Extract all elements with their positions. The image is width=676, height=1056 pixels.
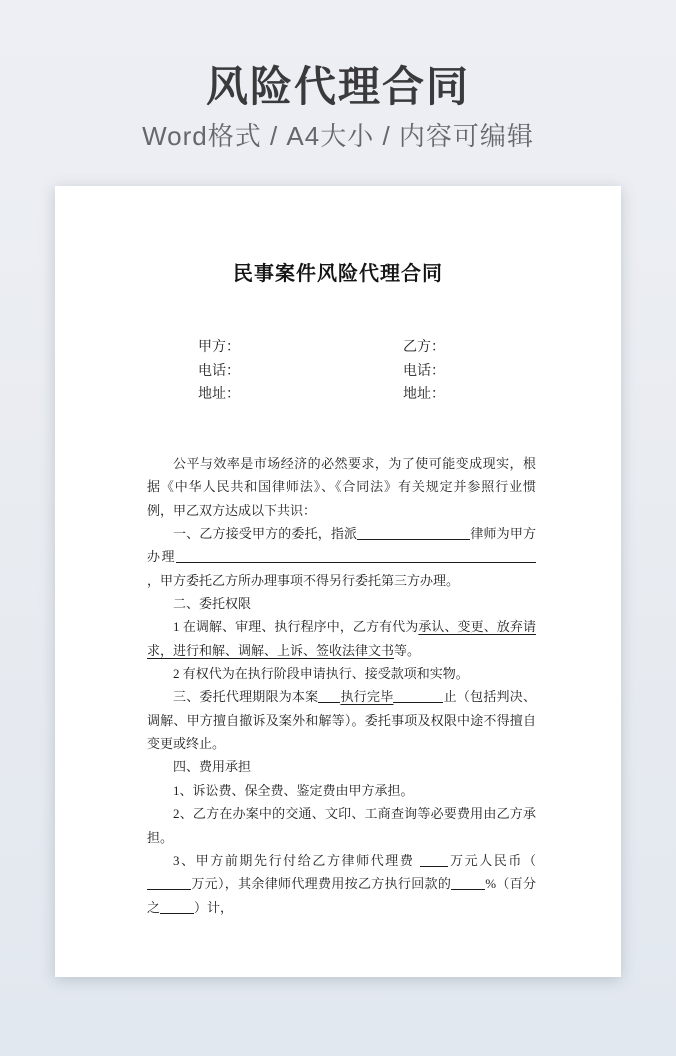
paragraph: 公平与效率是市场经济的必然要求，为了使可能变成现实，根据《中华人民共和国律师法》… xyxy=(147,452,536,522)
underlined-term: 执行完毕 xyxy=(340,689,393,704)
a4-document-page: 民事案件风险代理合同 甲方： 电话： 地址： 乙方： 电话： 地址： 公平与效率… xyxy=(55,186,621,977)
fill-in-blank xyxy=(318,690,340,703)
fill-in-blank xyxy=(147,877,191,890)
header-subtitle: Word格式 / A4大小 / 内容可编辑 xyxy=(0,121,676,151)
fill-in-blank xyxy=(393,690,443,703)
paragraph: 1 在调解、审理、执行程序中，乙方有代为承认、变更、放弃请求，进行和解、调解、上… xyxy=(147,615,536,662)
paragraph: 2、乙方在办案中的交通、文印、工商查询等必要费用由乙方承担。 xyxy=(147,802,536,849)
paragraph-text: 1 在调解、审理、执行程序中，乙方有代为 xyxy=(173,619,418,634)
party-b-phone-label: 电话： xyxy=(403,360,445,384)
fill-in-blank xyxy=(451,877,485,890)
paragraph: 一、乙方接受甲方的委托，指派律师为甲方办理，甲方委托乙方所办理事项不得另行委托第… xyxy=(147,522,536,592)
paragraph-text: 2 有权代为在执行阶段申请执行、接受款项和实物。 xyxy=(173,666,469,681)
template-preview-page: { "colors": { "background_top": "#edeff4… xyxy=(0,0,676,1056)
paragraph-text: ）计， xyxy=(194,900,233,915)
party-a-phone-label: 电话： xyxy=(198,360,240,384)
party-a-address-label: 地址： xyxy=(198,383,240,407)
paragraph: 3、甲方前期先行付给乙方律师代理费万元人民币（万元），其余律师代理费用按乙方执行… xyxy=(147,849,536,919)
party-b-label: 乙方： xyxy=(403,336,445,360)
paragraph-text: 等。 xyxy=(394,643,420,658)
party-a-label: 甲方： xyxy=(198,336,240,360)
fill-in-blank xyxy=(160,901,194,914)
preview-header: 风险代理合同 Word格式 / A4大小 / 内容可编辑 xyxy=(0,0,676,151)
contract-title: 民事案件风险代理合同 xyxy=(55,262,621,286)
paragraph-text: 万元），其余律师代理费用按乙方执行回款的 xyxy=(191,876,451,891)
paragraph: 1、诉讼费、保全费、鉴定费由甲方承担。 xyxy=(147,779,536,802)
paragraph-text: 三、委托代理期限为本案 xyxy=(173,689,318,704)
fill-in-blank xyxy=(420,854,448,867)
contract-body: 公平与效率是市场经济的必然要求，为了使可能变成现实，根据《中华人民共和国律师法》… xyxy=(147,452,536,919)
paragraph-text: 一、乙方接受甲方的委托，指派 xyxy=(173,526,357,541)
paragraph-text: 1、诉讼费、保全费、鉴定费由甲方承担。 xyxy=(173,783,414,798)
paragraph: 2 有权代为在执行阶段申请执行、接受款项和实物。 xyxy=(147,662,536,685)
paragraph-text: 二、委托权限 xyxy=(173,596,251,611)
paragraph-text: 万元人民币（ xyxy=(448,853,536,868)
party-b-address-label: 地址： xyxy=(403,383,445,407)
header-title: 风险代理合同 xyxy=(0,64,676,110)
paragraph-text: 3、甲方前期先行付给乙方律师代理费 xyxy=(173,853,414,868)
paragraph: 二、委托权限 xyxy=(147,592,536,615)
paragraph-text: ，甲方委托乙方所办理事项不得另行委托第三方办理。 xyxy=(147,573,459,588)
party-a-column: 甲方： 电话： 地址： xyxy=(198,336,240,407)
fill-in-blank xyxy=(176,550,536,563)
party-b-column: 乙方： 电话： 地址： xyxy=(403,336,445,407)
paragraph-text: 公平与效率是市场经济的必然要求，为了使可能变成现实，根据《中华人民共和国律师法》… xyxy=(147,456,536,518)
paragraph-text: 2、乙方在办案中的交通、文印、工商查询等必要费用由乙方承担。 xyxy=(147,806,536,844)
fill-in-blank xyxy=(357,527,470,540)
paragraph: 四、费用承担 xyxy=(147,755,536,778)
paragraph: 三、委托代理期限为本案执行完毕止（包括判决、调解、甲方擅自撤诉及案外和解等）。委… xyxy=(147,685,536,755)
paragraph-text: 四、费用承担 xyxy=(173,759,251,774)
